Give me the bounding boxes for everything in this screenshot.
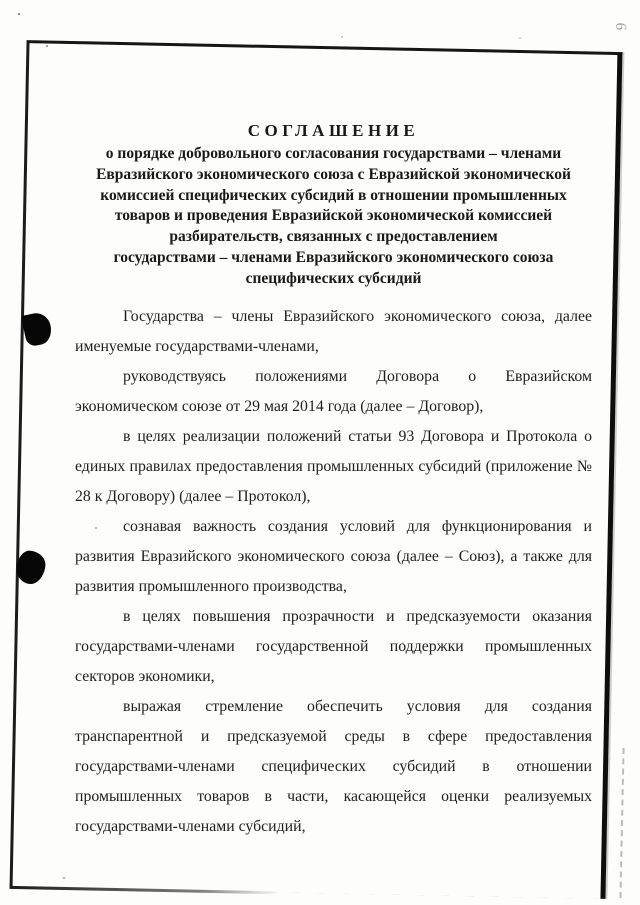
body-paragraph: выражая стремление обеспечить условия дл… xyxy=(75,692,592,842)
document-subtitle-line: специфических субсидий xyxy=(75,269,592,290)
document-subtitle: о порядке добровольного согласования гос… xyxy=(75,144,592,290)
body-paragraph: Государства – члены Евразийского экономи… xyxy=(75,302,592,362)
body-paragraph: сознавая важность создания условий для ф… xyxy=(75,512,592,602)
body-paragraph: в целях реализации положений статьи 93 Д… xyxy=(75,422,592,512)
scan-noise-specks xyxy=(0,0,2,2)
document-title-block: СОГЛАШЕНИЕ о порядке добровольного согла… xyxy=(75,121,592,290)
body-paragraph: руководствуясь положениями Договора о Ев… xyxy=(75,362,592,422)
document-subtitle-line: Евразийского экономического союза с Евра… xyxy=(75,165,592,186)
document-subtitle-line: комиссией специфических субсидий в отнош… xyxy=(75,186,592,207)
right-edge-scan-artifact xyxy=(619,748,624,898)
handwritten-page-mark: 6 xyxy=(611,22,629,32)
scan-border-frame-bottom xyxy=(10,886,280,894)
document-subtitle-line: государствами – членами Евразийского эко… xyxy=(75,248,592,269)
document-subtitle-line: товаров и проведения Евразийской экономи… xyxy=(75,206,592,227)
document-title: СОГЛАШЕНИЕ xyxy=(75,121,592,141)
document-body: Государства – члены Евразийского экономи… xyxy=(75,302,592,842)
body-paragraph: в целях повышения прозрачности и предска… xyxy=(75,602,592,692)
document-subtitle-line: о порядке добровольного согласования гос… xyxy=(75,144,592,165)
document-subtitle-line: разбирательств, связанных с предоставлен… xyxy=(75,227,592,248)
scanned-page: 6 СОГЛАШЕНИЕ о порядке добровольного сог… xyxy=(0,0,640,905)
